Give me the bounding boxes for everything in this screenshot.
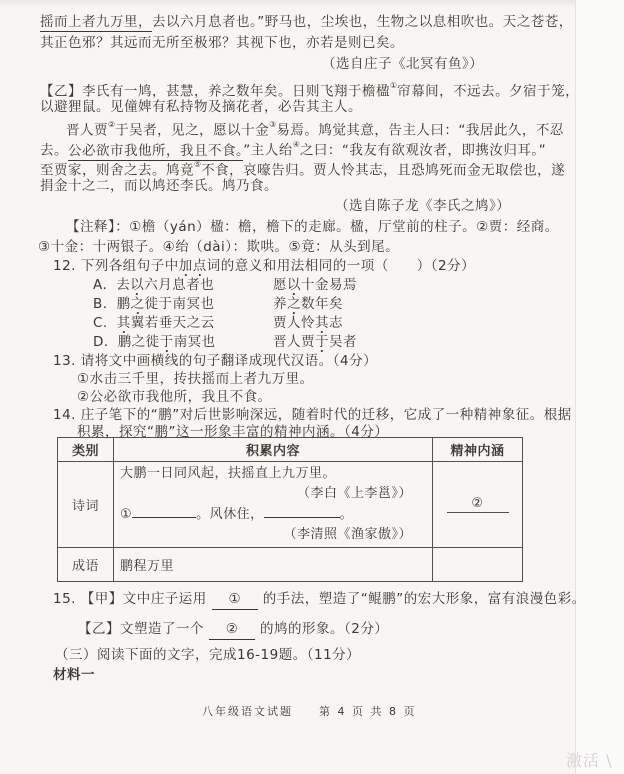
passage-yi-line3: 晋人贾②于吴者，见之，愿以十金③易焉。鸠觉其意，告主人曰：“我居此久，不忍 (66, 118, 564, 140)
footnote-ref-4: ④ (293, 140, 300, 149)
dotted-char: 其 (117, 315, 131, 331)
dotted-char: 之 (131, 296, 145, 312)
option-phrase: 养 (273, 296, 287, 312)
blank-label-1: ① (120, 507, 132, 522)
table-header-row: 类别 积累内容 精神内涵 (58, 438, 523, 462)
q15-line2: 【乙】文塑造了一个②的鸠的形象。（2分） (78, 621, 388, 640)
table-header-content: 积累内容 (114, 438, 433, 462)
footnote-ref-2: ② (108, 120, 115, 129)
q15-text: 【乙】文塑造了一个 (78, 621, 204, 637)
q15-text: 的手法，塑造了“鲲鹏”的宏大形象，富有浪漫色彩。 (263, 591, 586, 607)
dotted-char: 加 (179, 258, 193, 274)
passage-jia-line2: 其正色邪？其远而无所至极邪？其视下也，亦若是则已矣。 (40, 35, 404, 52)
q13-sentence2: ②公必欲市我他所，我且不食。 (77, 389, 272, 406)
dotted-char: 于 (160, 334, 174, 350)
passage-text: 易焉。鸠觉其意，告主人曰：“我居此久，不忍 (276, 123, 564, 139)
q15-blank-1: ① (212, 591, 258, 610)
poem-end-text: 。 (340, 507, 354, 522)
option-label: A. (93, 277, 107, 293)
dotted-char: 以 (287, 277, 301, 293)
passage-text: 去。 (40, 143, 68, 159)
option-phrase2: 愿以十金易焉 (273, 277, 357, 293)
q12-option-d: D.鹏之徙于南冥也晋人贾于吴者 (93, 334, 357, 351)
q12-stem-text: 12. 下列各组句子中 (53, 258, 179, 274)
option-phrase: 鹏 (117, 296, 131, 312)
q13-stem: 13. 请将文中画横线的句子翻译成现代汉语。（4分） (53, 353, 377, 370)
q12-stem: 12. 下列各组句子中加点词的意义和用法相同的一项（ ）（2分） (53, 258, 475, 275)
option-phrase2: 晋人贾于吴者 (273, 334, 357, 350)
q15-text: 15. 【甲】文中庄子运用 (53, 591, 207, 607)
q12-option-b: B.鹏之徙于南冥也养之数年矣 (93, 296, 343, 313)
passage-text: ”主人绐 (243, 143, 293, 159)
poem-quote-1: 大鹏一日同风起，扶摇直上九万里。 (120, 464, 426, 484)
option-phrase: 去 (116, 277, 130, 293)
q15-blank-2: ② (209, 621, 255, 640)
option-phrase2: 养之数年矣 (273, 296, 343, 312)
passage-yi-line1: 【乙】李氏有一鸠，甚慧，养之数年矣。日则飞翔于檐楹①帘幕间，不远去。夕宿于笼， (40, 79, 579, 101)
page-footer: 八年级语文试题 第 4 页 共 8 页 (202, 703, 416, 720)
row-label-idiom: 成语 (58, 548, 114, 582)
passage-text: 之曰：“我友有欲观汝者，即携汝归耳。” (300, 143, 546, 159)
table-header-spirit: 精神内涵 (433, 438, 523, 462)
dotted-char: 于 (315, 334, 329, 350)
option-phrase: 十金易焉 (301, 277, 357, 293)
passage-text: 晋人贾 (66, 123, 108, 139)
dotted-char: 以 (130, 277, 144, 293)
table-row-poem: 诗词 大鹏一日同风起，扶摇直上九万里。 （李白《上李邕》） ①。风休住，。 （李… (58, 462, 523, 548)
q14-stem-line1: 14. 庄子笔下的“鹏”对后世影响深远，随着时代的迁移，它成了一种精神象征。根据 (53, 407, 572, 424)
footnote-ref-1: ① (390, 81, 397, 90)
passage-text: 于吴者，见之，愿以十金 (115, 123, 269, 139)
dotted-char: 点 (193, 258, 207, 274)
scan-right-edge (575, 0, 624, 774)
poem-mid-text: 。风休住， (196, 507, 264, 522)
option-phrase: 晋人贾 (273, 334, 315, 350)
table-row-idiom: 成语 鹏程万里 (58, 548, 523, 582)
passage-text: 帘幕间，不远去。夕宿于笼， (397, 84, 579, 100)
q14-table: 类别 积累内容 精神内涵 诗词 大鹏一日同风起，扶摇直上九万里。 （李白《上李邕… (57, 437, 523, 582)
passage-yi-line5: 至贾家，则舍之去。鸠竟⑤不食，哀嚎告归。贾人怜其志，且恐鸠死而金无取偿也，遂 (40, 158, 565, 180)
passage-yi-line6: 捐金十之二，而以鸠还李氏。鸠乃食。 (40, 178, 278, 195)
poem-source-1: （李白《上李邕》） (120, 484, 426, 504)
option-label: D. (93, 334, 109, 350)
option-phrase: 六月息者也 (144, 277, 214, 293)
fill-blank-2 (264, 504, 340, 518)
passage-yi-line4: 去。公必欲市我他所，我且不食。”主人绐④之曰：“我友有欲观汝者，即携汝归耳。” (40, 138, 546, 160)
dotted-char: 其 (315, 315, 329, 331)
notes-line1: 【注释】：①檐（yán）楹：檐，檐下的走廊。楹，厅堂前的柱子。②贾：经商。 (66, 219, 559, 236)
passage-text: 去以六月息者也。”野马也，尘埃也，生物之以息相吹也。天之苍苍， (152, 14, 573, 30)
option-phrase: 数年矣 (301, 296, 343, 312)
poem-source-2: （李清照《渔家傲》） (120, 525, 426, 545)
material-one-label: 材料一 (53, 667, 95, 684)
option-phrase: 鹏之徙 (118, 334, 160, 350)
exam-page: 摇而上者九万里，去以六月息者也。”野马也，尘埃也，生物之以息相吹也。天之苍苍， … (0, 0, 624, 774)
q12-stem-text: 词的意义和用法相同的一项（ ）（2分） (207, 258, 475, 274)
spirit-answer-cell: ② (433, 462, 523, 548)
option-phrase: 愿 (273, 277, 287, 293)
idiom-content-cell: 鹏程万里 (114, 548, 433, 582)
option-phrase: 贾人怜 (273, 315, 315, 331)
passage-text: 至贾家，则舍之去。鸠竟 (40, 163, 194, 179)
passage-jia-line1: 摇而上者九万里，去以六月息者也。”野马也，尘埃也，生物之以息相吹也。天之苍苍， (40, 14, 573, 31)
notes-line2: ③十金：十两银子。④绐（dài）：欺哄。⑤竟：从头到尾。 (38, 239, 399, 256)
passage-text: 不食，哀嚎告归。贾人怜其志，且恐鸠死而金无取偿也，遂 (201, 163, 565, 179)
passage-yi-line2: 以避狸鼠。见僮婢有私持物及摘花者，必告其主人。 (40, 99, 362, 116)
option-phrase: 翼若垂天之云 (131, 315, 215, 331)
answer-blank-2: ② (447, 496, 509, 513)
option-phrase: 吴者 (329, 334, 357, 350)
underlined-sentence: 摇而上者九万里， (40, 14, 152, 32)
passage-text: 【乙】李氏有一鸠，甚慧，养之数年矣。日则飞翔于檐楹 (40, 84, 390, 100)
q12-option-a: A.去以六月息者也愿以十金易焉 (93, 277, 357, 294)
activate-windows-watermark: 激活 \ (566, 748, 612, 771)
scan-top-shadow (0, 0, 624, 8)
q15-text: 的鸠的形象。（2分） (260, 621, 388, 637)
passage-jia-source: （选自庄子《北冥有鱼》） (322, 56, 483, 73)
dotted-char: 之 (287, 296, 301, 312)
option-phrase2: 贾人怜其志 (273, 315, 343, 331)
section3-heading: （三）阅读下面的文字，完成16-19题。（11分） (55, 647, 360, 664)
poem-fill-line: ①。风休住，。 (120, 504, 426, 525)
idiom-spirit-cell (433, 548, 523, 582)
option-phrase: 徙于南冥也 (145, 296, 215, 312)
option-label: B. (93, 296, 108, 312)
q15-line1: 15. 【甲】文中庄子运用①的手法，塑造了“鲲鹏”的宏大形象，富有浪漫色彩。 (53, 591, 586, 610)
table-header-category: 类别 (58, 438, 114, 462)
option-label: C. (93, 315, 108, 331)
q13-sentence1: ①水击三千里，抟扶摇而上者九万里。 (77, 371, 314, 388)
option-phrase: 志 (329, 315, 343, 331)
passage-yi-source: （选自陈子龙《李氏之鸠》） (335, 198, 510, 215)
fill-blank-1 (132, 504, 196, 518)
option-phrase: 南冥也 (174, 334, 216, 350)
footnote-ref-5: ⑤ (194, 160, 201, 169)
q12-option-c: C.其翼若垂天之云贾人怜其志 (93, 315, 343, 332)
footnote-ref-3: ③ (269, 120, 276, 129)
poem-content-cell: 大鹏一日同风起，扶摇直上九万里。 （李白《上李邕》） ①。风休住，。 （李清照《… (114, 462, 433, 548)
row-label-poem: 诗词 (58, 462, 114, 548)
